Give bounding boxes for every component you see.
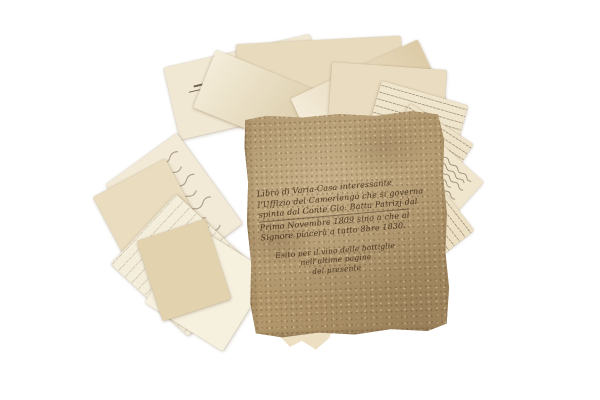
ledger-cover: Libro di Varia-Casa interessante l'Uffiz… bbox=[242, 109, 452, 340]
inscription-note: Esito per il vino delle bottiglie nell'u… bbox=[262, 239, 410, 280]
photo-canvas: Libro di Varia-Casa interessante l'Uffiz… bbox=[0, 0, 600, 400]
cover-inscription: Libro di Varia-Casa interessante l'Uffiz… bbox=[256, 175, 435, 281]
